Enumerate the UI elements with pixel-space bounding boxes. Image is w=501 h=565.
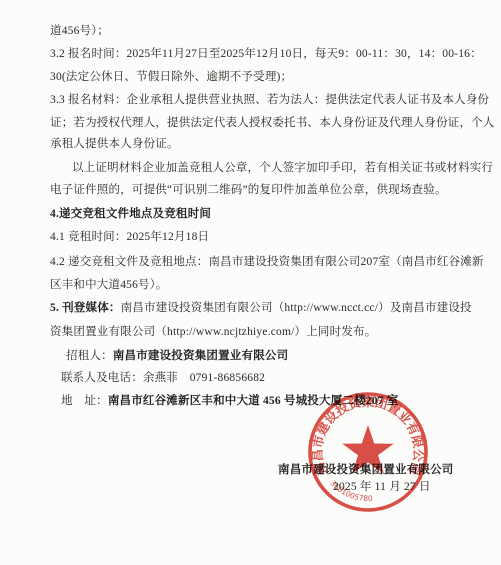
contact-label: 联系人及电话： [61, 372, 143, 384]
text-line: 证；若为授权代理人，提供法定代表人授权委托书、本人身份证及代理人身份证，个人 [50, 116, 495, 131]
star-icon [342, 425, 393, 474]
text-line: 4.2 递交竞租文件及竞租地点：南昌市建设投资集团有限公司207室（南昌市红谷滩… [50, 255, 484, 270]
lessor-label: 招租人： [66, 350, 113, 362]
lessor-line: 招租人：南昌市建设投资集团置业有限公司 [66, 349, 288, 364]
media-section-line1: 5. 刊登媒体：南昌市建设投资集团有限公司（http://www.ncct.cc… [50, 301, 472, 316]
text-line: 3.2 报名时间：2025年11月27日至2025年12月10日，每天9：00-… [50, 47, 482, 62]
text-line: 道456号）； [50, 24, 109, 39]
text-line: 区丰和中大道456号）。 [50, 278, 167, 293]
lessor-value: 南昌市建设投资集团置业有限公司 [113, 350, 289, 362]
text-line: 30(法定公休日、节假日除外、逾期不予受理)； [50, 70, 292, 85]
company-seal: 南昌市建设投资集团置业有限公司 3601005780 [304, 389, 432, 517]
text-line: 以上证明材料企业加盖竞租人公章，个人签字加印手印，若有相关证书或材料实行 [72, 161, 493, 176]
section-heading-5: 5. 刊登媒体： [50, 302, 121, 314]
contact-line: 联系人及电话：余燕菲 0791-86856682 [61, 371, 265, 386]
document-page: 道456号）； 3.2 报名时间：2025年11月27日至2025年12月10日… [0, 0, 501, 565]
section-heading-4: 4.递交竞租文件地点及竞租时间 [50, 207, 211, 222]
text-line: 4.1 竞租时间：2025年12月18日 [50, 230, 209, 245]
text-line: 3.3 报名材料：企业承租人提供营业执照、若为法人：提供法定代表人证书及本人身份 [50, 93, 489, 108]
text-line: 电子证件照的，可提供“可识别二维码”的复印件加盖单位公章，供现场查验。 [50, 183, 447, 198]
contact-value: 余燕菲 0791-86856682 [143, 372, 265, 384]
text-line: 承租人提供本人身份证。 [50, 137, 179, 152]
media-line1-text: 南昌市建设投资集团有限公司（http://www.ncct.cc/）及南昌市建设… [121, 302, 472, 314]
address-label: 地 址： [61, 395, 108, 407]
media-section-line2: 资集团置业有限公司（http://www.ncjtzhiye.com/）上同时发… [50, 325, 376, 340]
company-seal-graphic: 南昌市建设投资集团置业有限公司 3601005780 [304, 389, 432, 517]
